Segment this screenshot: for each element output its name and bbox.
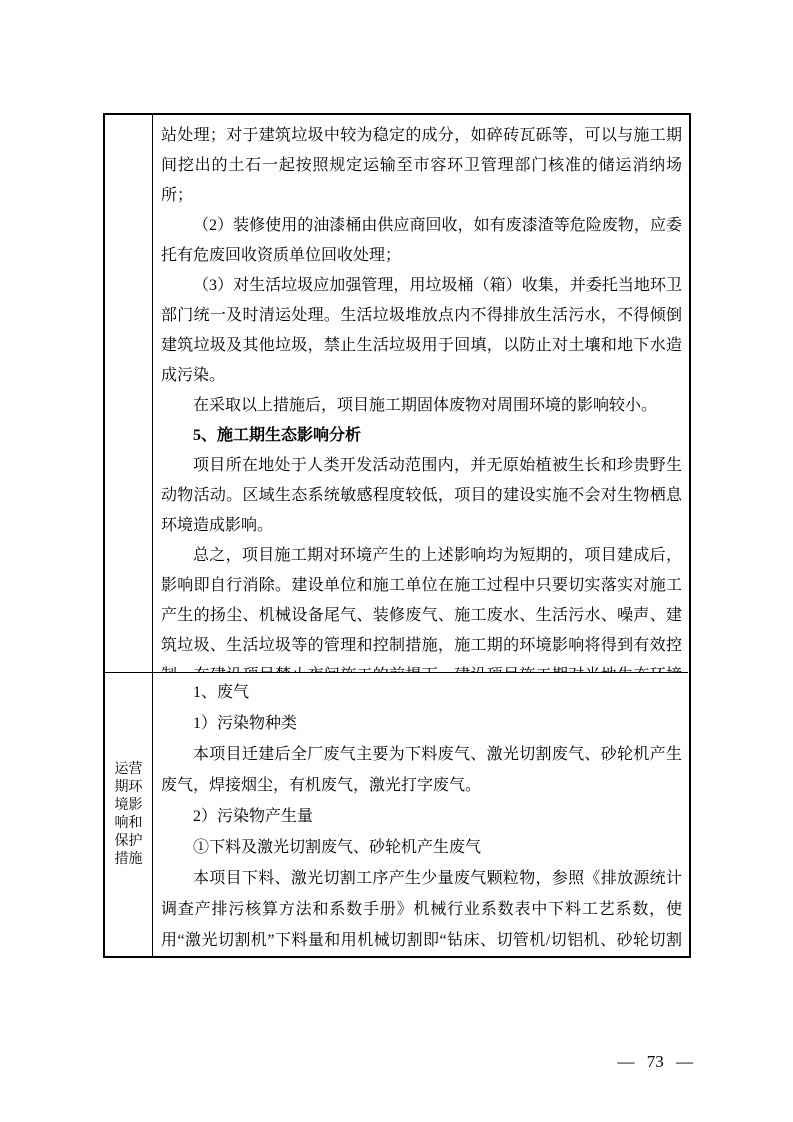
side-label-operation-period: 运营期环境影响和保护措施 xyxy=(114,761,144,869)
paragraph: 2）污染物产生量 xyxy=(161,801,682,832)
paragraph: （3）对生活垃圾应加强管理，用垃圾桶（箱）收集，并委托当地环卫部门统一及时清运处… xyxy=(161,271,682,391)
paragraph: 5、施工期生态影响分析 xyxy=(161,421,682,451)
side-label-cell-construction xyxy=(105,115,153,673)
paragraph: 1、废气 xyxy=(161,677,682,708)
paragraph: ①下料及激光切割废气、砂轮机产生废气 xyxy=(161,832,682,863)
content-cell-operation-period: 1、废气 1）污染物种类 本项目迁建后全厂废气主要为下料废气、激光切割废气、砂轮… xyxy=(153,673,688,956)
paragraph: 项目所在地处于人类开发活动范围内，并无原始植被生长和珍贵野生动物活动。区域生态系… xyxy=(161,451,682,541)
paragraph: 本项目下料、激光切割工序产生少量废气颗粒物，参照《排放源统计调查产排污核算方法和… xyxy=(161,863,682,956)
content-cell-construction-period: 站处理；对于建筑垃圾中较为稳定的成分，如碎砖瓦砾等，可以与施工期间挖出的土石一起… xyxy=(153,115,688,673)
paragraph: 站处理；对于建筑垃圾中较为稳定的成分，如碎砖瓦砾等，可以与施工期间挖出的土石一起… xyxy=(161,121,682,211)
document-page: 站处理；对于建筑垃圾中较为稳定的成分，如碎砖瓦砾等，可以与施工期间挖出的土石一起… xyxy=(0,0,793,1122)
paragraph: 总之，项目施工期对环境产生的上述影响均为短期的，项目建成后，影响即自行消除。建设… xyxy=(161,541,682,673)
paragraph: 本项目迁建后全厂废气主要为下料废气、激光切割废气、砂轮机产生废气，焊接烟尘，有机… xyxy=(161,739,682,801)
side-label-cell-operation: 运营期环境影响和保护措施 xyxy=(105,673,153,956)
paragraph: 在采取以上措施后，项目施工期固体废物对周围环境的影响较小。 xyxy=(161,391,682,421)
paragraph: （2）装修使用的油漆桶由供应商回收，如有废漆渣等危险废物，应委托有危废回收资质单… xyxy=(161,211,682,271)
page-number: — 73 — xyxy=(618,1052,694,1072)
impact-measures-table: 站处理；对于建筑垃圾中较为稳定的成分，如碎砖瓦砾等，可以与施工期间挖出的土石一起… xyxy=(103,113,691,958)
paragraph: 1）污染物种类 xyxy=(161,708,682,739)
